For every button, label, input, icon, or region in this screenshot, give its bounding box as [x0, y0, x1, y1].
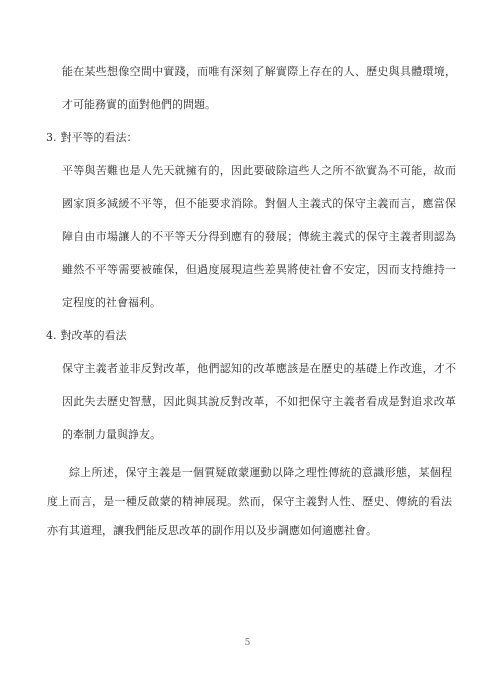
paragraph-reform: 保守主義者並非反對改革，他們認知的改革應該是在歷史的基礎上作改進，才不因此失去歷… [62, 352, 456, 451]
section-heading-equality: 3.對平等的看法： [46, 121, 138, 154]
paragraph-equality: 平等與苦難也是人先天就擁有的，因此要破除這些人之所不欲實為不可能，故而國家頂多減… [62, 154, 456, 319]
section-title: 對平等的看法： [61, 131, 138, 144]
section-title: 對改革的看法 [61, 329, 127, 342]
document-page: 能在某些想像空間中實踐，而唯有深刻了解實際上存在的人、歷史與具體環境，才可能務實… [0, 0, 495, 700]
paragraph-summary: 綜上所述，保守主義是一個質疑啟蒙運動以降之理性傳統的意識形態，某個程度上而言，是… [47, 458, 452, 545]
paragraph-intro-continuation: 能在某些想像空間中實踐，而唯有深刻了解實際上存在的人、歷史與具體環境，才可能務實… [62, 55, 456, 121]
page-number: 5 [0, 636, 495, 650]
section-number: 4. [46, 319, 57, 352]
section-number: 3. [46, 121, 57, 154]
section-heading-reform: 4.對改革的看法 [46, 319, 127, 352]
